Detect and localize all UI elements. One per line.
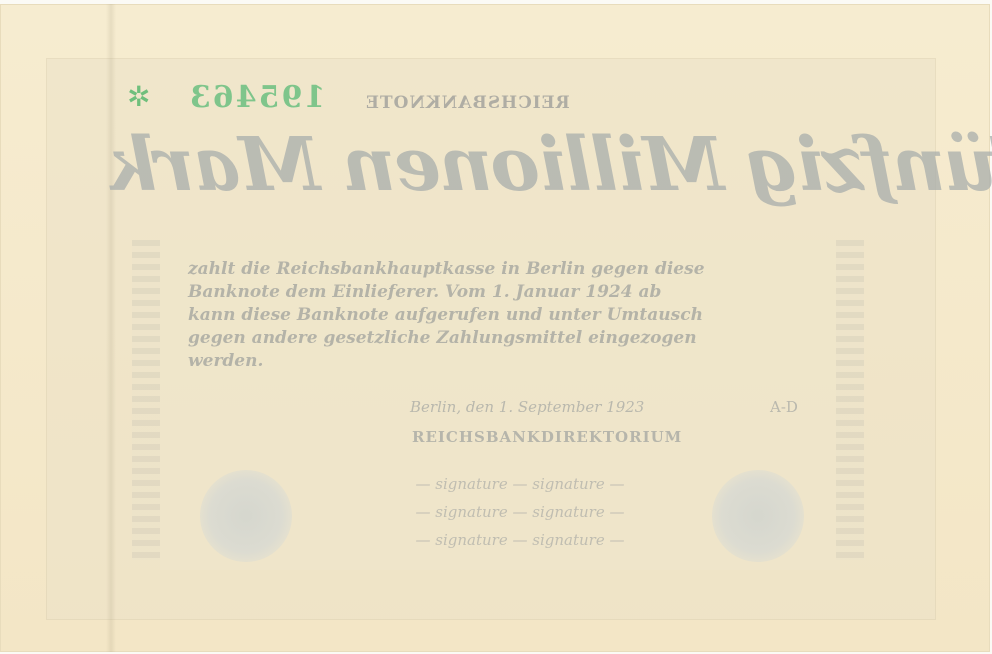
signature-line: — signature — signature — [310,498,730,526]
fold-crease [106,4,116,652]
denomination-title: Fünfzig Millionen Mark [108,122,888,208]
serial-star-icon: ✲ [127,80,150,113]
signature-line: — signature — signature — [310,526,730,554]
promise-line: gegen andere gesetzliche Zahlungsmittel … [188,327,838,350]
promise-line: Banknote dem Einlieferer. Vom 1. Januar … [188,281,838,304]
promise-text: zahlt die Reichsbankhauptkasse in Berlin… [188,258,838,373]
signature-line: — signature — signature — [310,470,730,498]
issuer-header: REICHSBANKNOTE [365,93,570,113]
series-letters: A-D [770,398,798,416]
left-ornament-strip [132,240,160,560]
issue-date: Berlin, den 1. September 1923 [410,398,644,416]
serial-number: 195463 [188,80,325,115]
right-seal-emblem-icon [712,470,804,562]
issuing-authority: REICHSBANKDIREKTORIUM [412,428,682,446]
promise-line: werden. [188,350,838,373]
signature-block: — signature — signature — — signature — … [310,470,730,554]
promise-line: zahlt die Reichsbankhauptkasse in Berlin… [188,258,838,281]
right-ornament-strip [836,240,864,560]
left-seal-emblem-icon [200,470,292,562]
promise-line: kann diese Banknote aufgerufen und unter… [188,304,838,327]
